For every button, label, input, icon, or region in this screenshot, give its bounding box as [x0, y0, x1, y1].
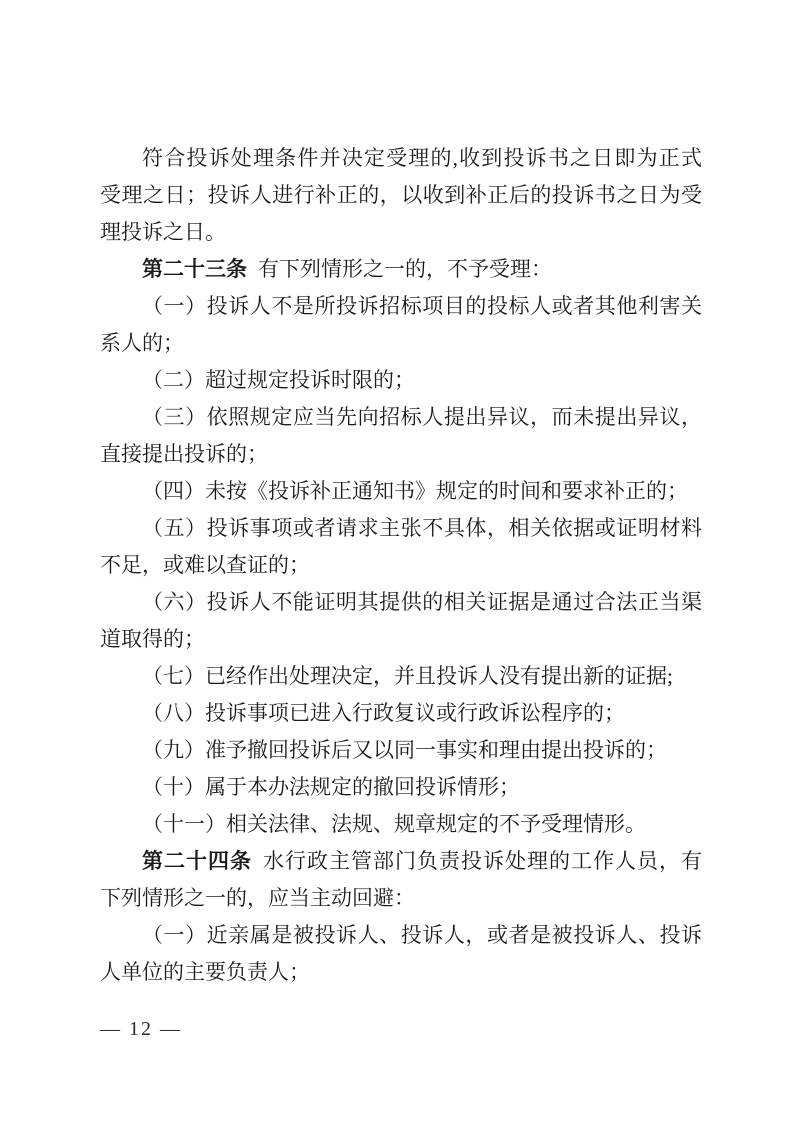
body-paragraph: （二）超过规定投诉时限的；: [100, 362, 702, 399]
page-number: — 12 —: [100, 1018, 182, 1041]
body-paragraph: （八）投诉事项已进入行政复议或行政诉讼程序的；: [100, 695, 702, 732]
text-line: 下列情形之一的，应当主动回避：: [100, 880, 702, 917]
article-number: 第二十三条: [142, 258, 247, 281]
body-paragraph: （七）已经作出处理决定，并且投诉人没有提出新的证据;: [100, 658, 702, 695]
text-line: 受理之日；投诉人进行补正的，以收到补正后的投诉书之日为受: [100, 177, 702, 214]
text-line: 人单位的主要负责人；: [100, 954, 702, 991]
text-line: 系人的；: [100, 325, 702, 362]
body-paragraph: （十一）相关法律、法规、规章规定的不予受理情形。: [100, 806, 702, 843]
text-line: 符合投诉处理条件并决定受理的,收到投诉书之日即为正式: [100, 140, 702, 177]
text-line: （一）投诉人不是所投诉招标项目的投标人或者其他利害关: [100, 288, 702, 325]
body-paragraph: （十）属于本办法规定的撤回投诉情形；: [100, 769, 702, 806]
text-line: （八）投诉事项已进入行政复议或行政诉讼程序的；: [100, 695, 702, 732]
article-paragraph: 第二十三条有下列情形之一的，不予受理：: [100, 251, 702, 288]
text-line: （十）属于本办法规定的撤回投诉情形；: [100, 769, 702, 806]
document-page: 符合投诉处理条件并决定受理的,收到投诉书之日即为正式受理之日；投诉人进行补正的，…: [0, 0, 793, 1122]
body-paragraph: （五）投诉事项或者请求主张不具体，相关依据或证明材料不足，或难以查证的；: [100, 510, 702, 584]
body-paragraph: （九）准予撤回投诉后又以同一事实和理由提出投诉的；: [100, 732, 702, 769]
text-line: 第二十三条有下列情形之一的，不予受理：: [100, 251, 702, 288]
body-paragraph: （一）投诉人不是所投诉招标项目的投标人或者其他利害关系人的；: [100, 288, 702, 362]
text-line: 道取得的；: [100, 621, 702, 658]
text-line: （六）投诉人不能证明其提供的相关证据是通过合法正当渠: [100, 584, 702, 621]
text-line: （二）超过规定投诉时限的；: [100, 362, 702, 399]
text-line: （七）已经作出处理决定，并且投诉人没有提出新的证据;: [100, 658, 702, 695]
document-text-block: 符合投诉处理条件并决定受理的,收到投诉书之日即为正式受理之日；投诉人进行补正的，…: [100, 140, 702, 991]
text-line: （一）近亲属是被投诉人、投诉人，或者是被投诉人、投诉: [100, 917, 702, 954]
text-line: 理投诉之日。: [100, 214, 702, 251]
text-line: （五）投诉事项或者请求主张不具体，相关依据或证明材料: [100, 510, 702, 547]
body-paragraph: （一）近亲属是被投诉人、投诉人，或者是被投诉人、投诉人单位的主要负责人；: [100, 917, 702, 991]
body-paragraph: （六）投诉人不能证明其提供的相关证据是通过合法正当渠道取得的；: [100, 584, 702, 658]
article-number: 第二十四条: [142, 850, 252, 873]
text-line: （四）未按《投诉补正通知书》规定的时间和要求补正的；: [100, 473, 702, 510]
text-line: 不足，或难以查证的；: [100, 547, 702, 584]
text-line: 直接提出投诉的；: [100, 436, 702, 473]
body-paragraph: （四）未按《投诉补正通知书》规定的时间和要求补正的；: [100, 473, 702, 510]
article-paragraph: 第二十四条水行政主管部门负责投诉处理的工作人员，有下列情形之一的，应当主动回避：: [100, 843, 702, 917]
text-line: （九）准予撤回投诉后又以同一事实和理由提出投诉的；: [100, 732, 702, 769]
text-line: （十一）相关法律、法规、规章规定的不予受理情形。: [100, 806, 702, 843]
text-line: （三）依照规定应当先向招标人提出异议，而未提出异议，: [100, 399, 702, 436]
text-line: 第二十四条水行政主管部门负责投诉处理的工作人员，有: [100, 843, 702, 880]
body-paragraph: 符合投诉处理条件并决定受理的,收到投诉书之日即为正式受理之日；投诉人进行补正的，…: [100, 140, 702, 251]
body-paragraph: （三）依照规定应当先向招标人提出异议，而未提出异议，直接提出投诉的；: [100, 399, 702, 473]
